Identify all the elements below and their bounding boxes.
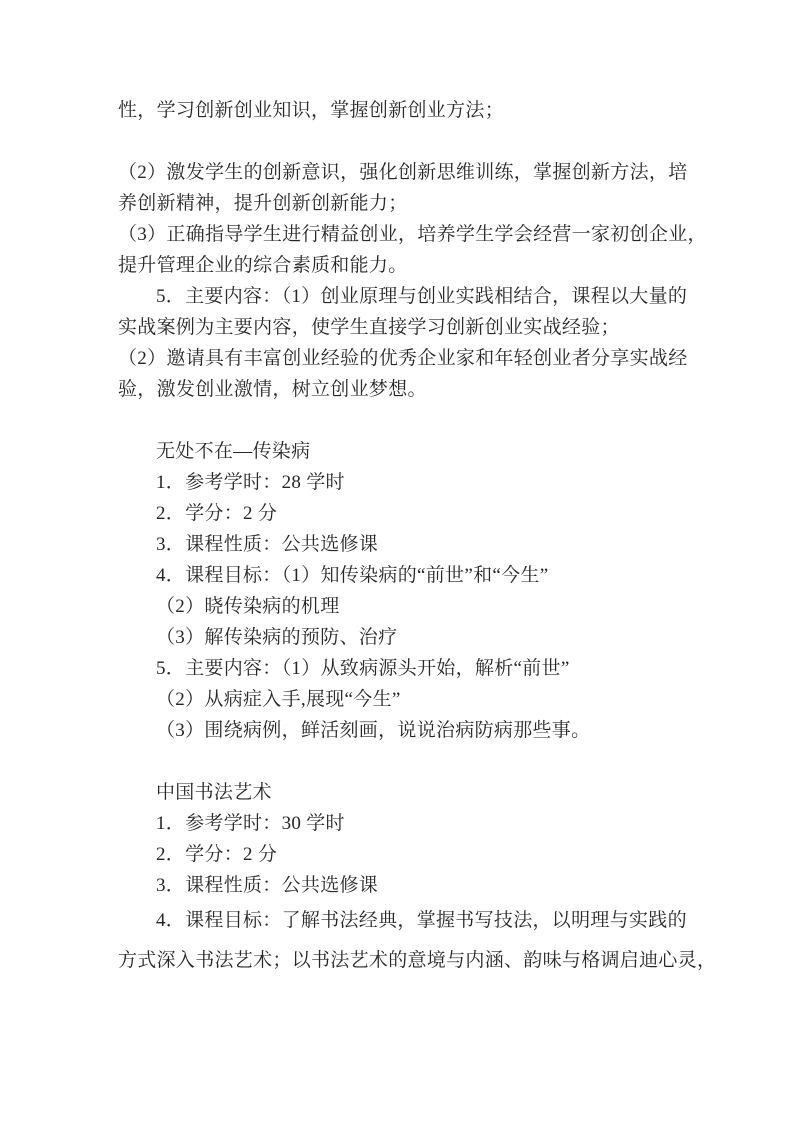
text-line: （2）邀请具有丰富创业经验的优秀企业家和年轻创业者分享实战经	[118, 343, 678, 374]
text-line: 方式深入书法艺术；以书法艺术的意境与内涵、韵味与格调启迪心灵，	[118, 941, 678, 981]
course-title-infectious-disease: 无处不在—传染病	[118, 436, 678, 467]
text-line: 验，激发创业激情，树立创业梦想。	[118, 374, 678, 405]
document-text-block: 性，学习创新创业知识，掌握创新创业方法； （2）激发学生的创新意识，强化创新思维…	[118, 95, 678, 981]
text-line: 4．课程目标：了解书法经典，掌握书写技法，以明理与实践的	[118, 901, 678, 941]
text-line: 3．课程性质：公共选修课	[118, 529, 678, 560]
text-line: 4．课程目标：（1）知传染病的“前世”和“今生”	[118, 560, 678, 591]
text-line: （3）解传染病的预防、治疗	[118, 622, 678, 653]
text-line: 2．学分：2 分	[118, 839, 678, 870]
text-line: 5．主要内容：（1）创业原理与创业实践相结合，课程以大量的	[118, 281, 678, 312]
text-line: 提升管理企业的综合素质和能力。	[118, 250, 678, 281]
text-line: （2）从病症入手,展现“今生”	[118, 684, 678, 715]
text-line: 性，学习创新创业知识，掌握创新创业方法；	[118, 95, 678, 126]
document-page: 性，学习创新创业知识，掌握创新创业方法； （2）激发学生的创新意识，强化创新思维…	[0, 0, 793, 1122]
blank-line	[118, 746, 678, 777]
text-line: 1．参考学时：30 学时	[118, 808, 678, 839]
text-line: 1．参考学时：28 学时	[118, 467, 678, 498]
text-line: （3）围绕病例，鲜活刻画，说说治病防病那些事。	[118, 715, 678, 746]
blank-line	[118, 126, 678, 157]
text-line: （3）正确指导学生进行精益创业，培养学生学会经营一家初创企业，	[118, 219, 678, 250]
text-line: 养创新精神，提升创新创新能力；	[118, 188, 678, 219]
text-line: 2．学分：2 分	[118, 498, 678, 529]
text-line: （2）晓传染病的机理	[118, 591, 678, 622]
text-line: 5．主要内容：（1）从致病源头开始，解析“前世”	[118, 653, 678, 684]
text-line: 实战案例为主要内容，使学生直接学习创新创业实战经验；	[118, 312, 678, 343]
blank-line	[118, 405, 678, 436]
text-line: （2）激发学生的创新意识，强化创新思维训练，掌握创新方法，培	[118, 157, 678, 188]
course-title-chinese-calligraphy: 中国书法艺术	[118, 777, 678, 808]
text-line: 3．课程性质：公共选修课	[118, 870, 678, 901]
